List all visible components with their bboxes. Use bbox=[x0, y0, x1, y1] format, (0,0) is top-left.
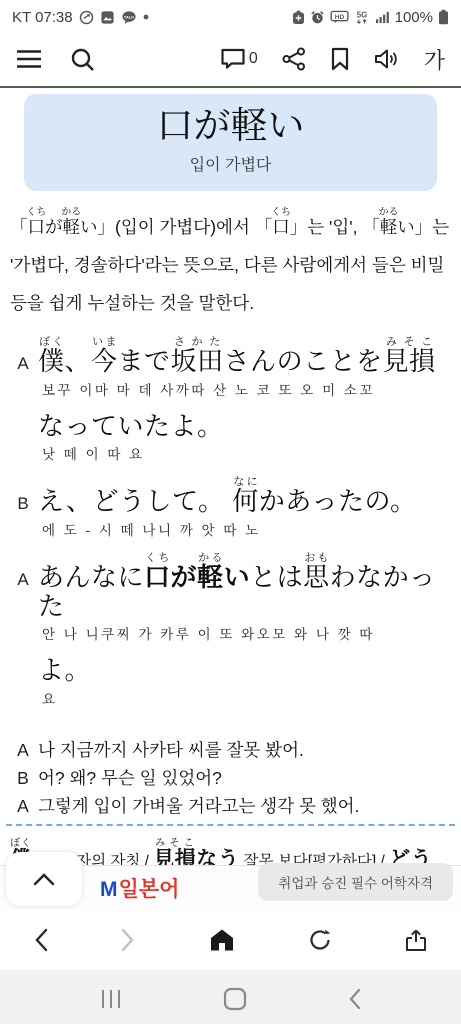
translation-text: 그렇게 입이 가벼울 거라고는 생각 못 했어. bbox=[38, 792, 359, 820]
home-icon bbox=[209, 928, 235, 952]
japanese-text: 僕ぼく、今いままで坂田さかたさんのことを見損みそこ bbox=[38, 336, 453, 376]
speaker-icon bbox=[374, 47, 400, 71]
japanese-text: え、どうして。 何なにかあったの。 bbox=[38, 476, 453, 516]
svg-text:5G: 5G bbox=[356, 10, 366, 19]
browser-notification-icon bbox=[79, 10, 94, 25]
back-button[interactable] bbox=[34, 928, 48, 952]
korean-pronunciation: 요 bbox=[38, 688, 453, 708]
hamburger-icon bbox=[16, 49, 42, 69]
translation-line: A 나 지금까지 사카타 씨를 잘못 봤어. bbox=[8, 736, 453, 764]
bottom-overlay-bar: M 일본어 취업과 승진 필수 어학자격 bbox=[0, 865, 461, 910]
recents-button[interactable] bbox=[100, 989, 122, 1009]
korean-pronunciation: 보꾸 이마 마 데 사까따 산 노 코 또 오 미 소꼬 bbox=[38, 379, 453, 399]
svg-text:HD: HD bbox=[334, 14, 344, 21]
dialogue-section: A 僕ぼく、今いままで坂田さかたさんのことを見損みそこ 보꾸 이마 마 데 사까… bbox=[8, 336, 453, 708]
home-nav-button[interactable] bbox=[223, 987, 247, 1011]
japanese-text: なっていたよ。 bbox=[38, 412, 453, 441]
bookmark-button[interactable] bbox=[330, 47, 350, 71]
japanese-text: よ。 bbox=[38, 656, 453, 685]
translation-line: A 그렇게 입이 가벼울 거라고는 생각 못 했어. bbox=[8, 792, 453, 820]
font-size-button[interactable]: 가 bbox=[424, 44, 445, 75]
translation-text: 나 지금까지 사카타 씨를 잘못 봤어. bbox=[38, 736, 304, 764]
speaker-label: B bbox=[8, 764, 38, 792]
chevron-up-icon bbox=[33, 873, 55, 886]
dashed-divider bbox=[6, 824, 455, 826]
recents-icon bbox=[100, 989, 122, 1009]
dialogue-line: なっていたよ。 낫 떼 이 따 요 bbox=[8, 412, 453, 464]
battery-saver-icon bbox=[292, 10, 305, 25]
search-button[interactable] bbox=[70, 47, 95, 72]
korean-pronunciation: 낫 떼 이 따 요 bbox=[38, 443, 453, 463]
refresh-icon bbox=[308, 928, 332, 952]
page-content: 口が軽い 입이 가볍다 「口くちが軽かるい」(입이 가볍다)에서 「口くち」는 … bbox=[0, 86, 461, 910]
chevron-left-icon bbox=[34, 928, 48, 952]
bookmark-icon bbox=[330, 47, 350, 71]
translation-section: A 나 지금까지 사카타 씨를 잘못 봤어. B 어? 왜? 무슨 일 있었어?… bbox=[8, 736, 453, 820]
speaker-label bbox=[8, 656, 38, 708]
share-upload-icon bbox=[405, 928, 427, 952]
dialogue-line: A あんなに口くちが軽かるいとは思おもわなかった 안 나 니쿠찌 가 카루 이 … bbox=[8, 552, 453, 643]
page-share-button[interactable] bbox=[405, 928, 427, 952]
more-notifications-dot bbox=[143, 14, 149, 20]
idiom-card: 口が軽い 입이 가볍다 bbox=[24, 94, 437, 191]
tts-button[interactable] bbox=[374, 47, 400, 71]
logo-text: 일본어 bbox=[119, 873, 180, 903]
home-button[interactable] bbox=[209, 928, 235, 952]
translation-text: 어? 왜? 무슨 일 있었어? bbox=[38, 764, 222, 792]
browser-toolbar: 0 가 bbox=[0, 32, 461, 86]
carrier-time-label: KT 07:38 bbox=[12, 9, 73, 26]
idiom-title-korean: 입이 가볍다 bbox=[24, 152, 437, 175]
svg-text:TALK: TALK bbox=[124, 14, 134, 19]
speaker-label: A bbox=[8, 792, 38, 820]
battery-icon bbox=[438, 9, 449, 25]
hd-voice-icon: HD bbox=[330, 10, 349, 24]
idiom-title-japanese: 口が軽い bbox=[24, 104, 437, 150]
alarm-icon bbox=[310, 10, 325, 25]
speaker-label bbox=[8, 412, 38, 464]
dialogue-line: B え、どうして。 何なにかあったの。 에 도 - 시 떼 나니 까 앗 따 노 bbox=[8, 476, 453, 539]
dialogue-line: A 僕ぼく、今いままで坂田さかたさんのことを見損みそこ 보꾸 이마 마 데 사까… bbox=[8, 336, 453, 399]
forward-button[interactable] bbox=[121, 928, 135, 952]
share-icon bbox=[282, 47, 306, 71]
kakaotalk-notification-icon: TALK bbox=[121, 10, 137, 25]
korean-pronunciation: 안 나 니쿠찌 가 카루 이 또 와오모 와 나 깟 따 bbox=[38, 623, 453, 643]
share-button[interactable] bbox=[282, 47, 306, 71]
signal-icon bbox=[375, 10, 390, 24]
collapse-overlay-button[interactable] bbox=[6, 852, 82, 906]
promo-button[interactable]: 취업과 승진 필수 어학자격 bbox=[258, 863, 453, 901]
logo-m: M bbox=[100, 878, 118, 902]
speaker-label: B bbox=[8, 476, 38, 539]
status-bar: KT 07:38 TALK HD 5G 100% bbox=[0, 0, 461, 32]
speaker-label: A bbox=[8, 736, 38, 764]
speaker-label: A bbox=[8, 552, 38, 643]
back-chevron-icon bbox=[348, 988, 361, 1010]
font-size-label: 가 bbox=[424, 44, 445, 75]
search-icon bbox=[70, 47, 95, 72]
system-nav-bar bbox=[0, 970, 461, 1024]
idiom-explanation: 「口くちが軽かるい」(입이 가볍다)에서 「口くち」는 '입', 「軽かるい」는… bbox=[10, 207, 451, 322]
dialogue-line: よ。 요 bbox=[8, 656, 453, 708]
back-nav-button[interactable] bbox=[348, 988, 361, 1010]
site-logo[interactable]: M 일본어 bbox=[100, 873, 179, 903]
comments-button[interactable]: 0 bbox=[220, 47, 258, 71]
battery-percent-label: 100% bbox=[395, 9, 433, 26]
home-square-icon bbox=[223, 987, 247, 1011]
network-5g-icon: 5G bbox=[354, 10, 370, 25]
translation-line: B 어? 왜? 무슨 일 있었어? bbox=[8, 764, 453, 792]
speaker-label: A bbox=[8, 336, 38, 399]
korean-pronunciation: 에 도 - 시 떼 나니 까 앗 따 노 bbox=[38, 519, 453, 539]
comment-count: 0 bbox=[249, 50, 258, 68]
comment-icon bbox=[220, 47, 246, 71]
browser-nav-bar bbox=[0, 910, 461, 970]
menu-button[interactable] bbox=[16, 49, 42, 69]
gallery-notification-icon bbox=[100, 10, 115, 25]
refresh-button[interactable] bbox=[308, 928, 332, 952]
japanese-text: あんなに口くちが軽かるいとは思おもわなかった bbox=[38, 552, 453, 620]
chevron-right-icon bbox=[121, 928, 135, 952]
